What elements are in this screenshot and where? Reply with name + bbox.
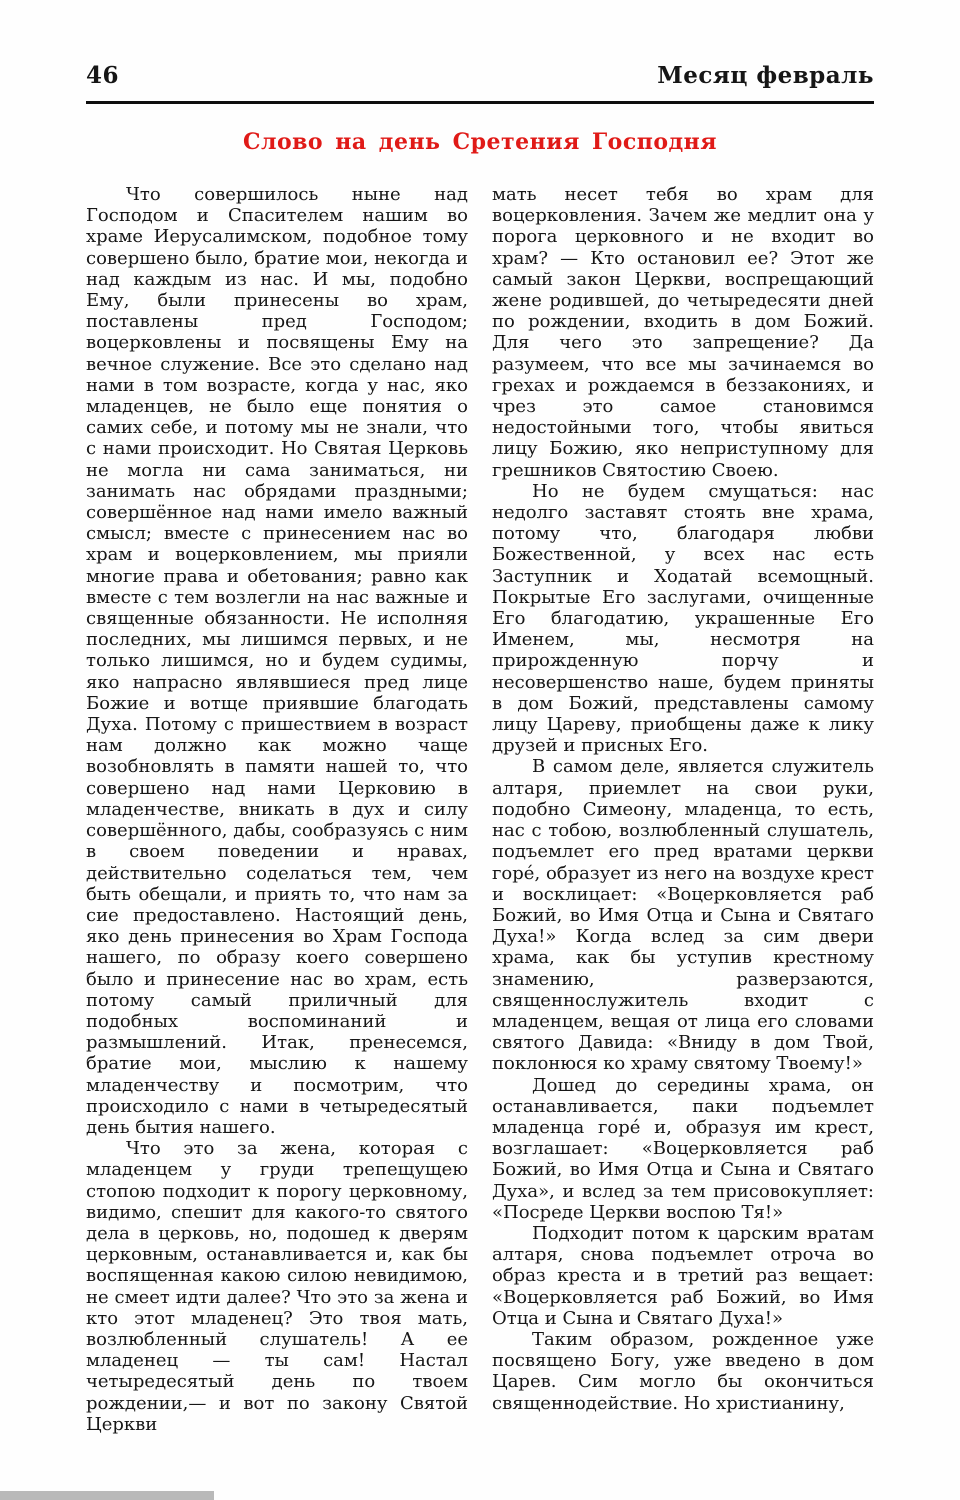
paragraph: В самом деле, является служитель алтаря,…	[492, 756, 874, 1074]
paragraph: Таким образом, рожденное уже посвящено Б…	[492, 1329, 874, 1414]
page-number: 46	[86, 62, 119, 89]
paragraph: мать несет тебя во храм для воцерковлени…	[492, 184, 874, 481]
paragraph: Дошед до середины храма, он останавливае…	[492, 1075, 874, 1223]
article-title: Слово на день Сретения Господня	[86, 129, 874, 155]
column-right: мать несет тебя во храм для воцерковлени…	[492, 184, 874, 1436]
page-content: 46 Месяц февраль Слово на день Сретения …	[86, 0, 874, 1436]
running-title: Месяц февраль	[657, 62, 874, 89]
paragraph: Но не будем смущаться: нас недолго заста…	[492, 481, 874, 757]
scanned-book-page: 46 Месяц февраль Слово на день Сретения …	[0, 0, 960, 1500]
paragraph: Что это за жена, которая с младенцем у г…	[86, 1138, 468, 1435]
paragraph: Подходит потом к царским вратам алтаря, …	[492, 1223, 874, 1329]
header-rule	[86, 101, 874, 104]
scan-edge-artifact	[0, 1491, 214, 1500]
column-left: Что совершилось ныне над Господом и Спас…	[86, 184, 468, 1436]
paragraph: Что совершилось ныне над Господом и Спас…	[86, 184, 468, 1138]
text-columns: Что совершилось ныне над Господом и Спас…	[86, 184, 874, 1436]
page-header: 46 Месяц февраль	[86, 62, 874, 89]
